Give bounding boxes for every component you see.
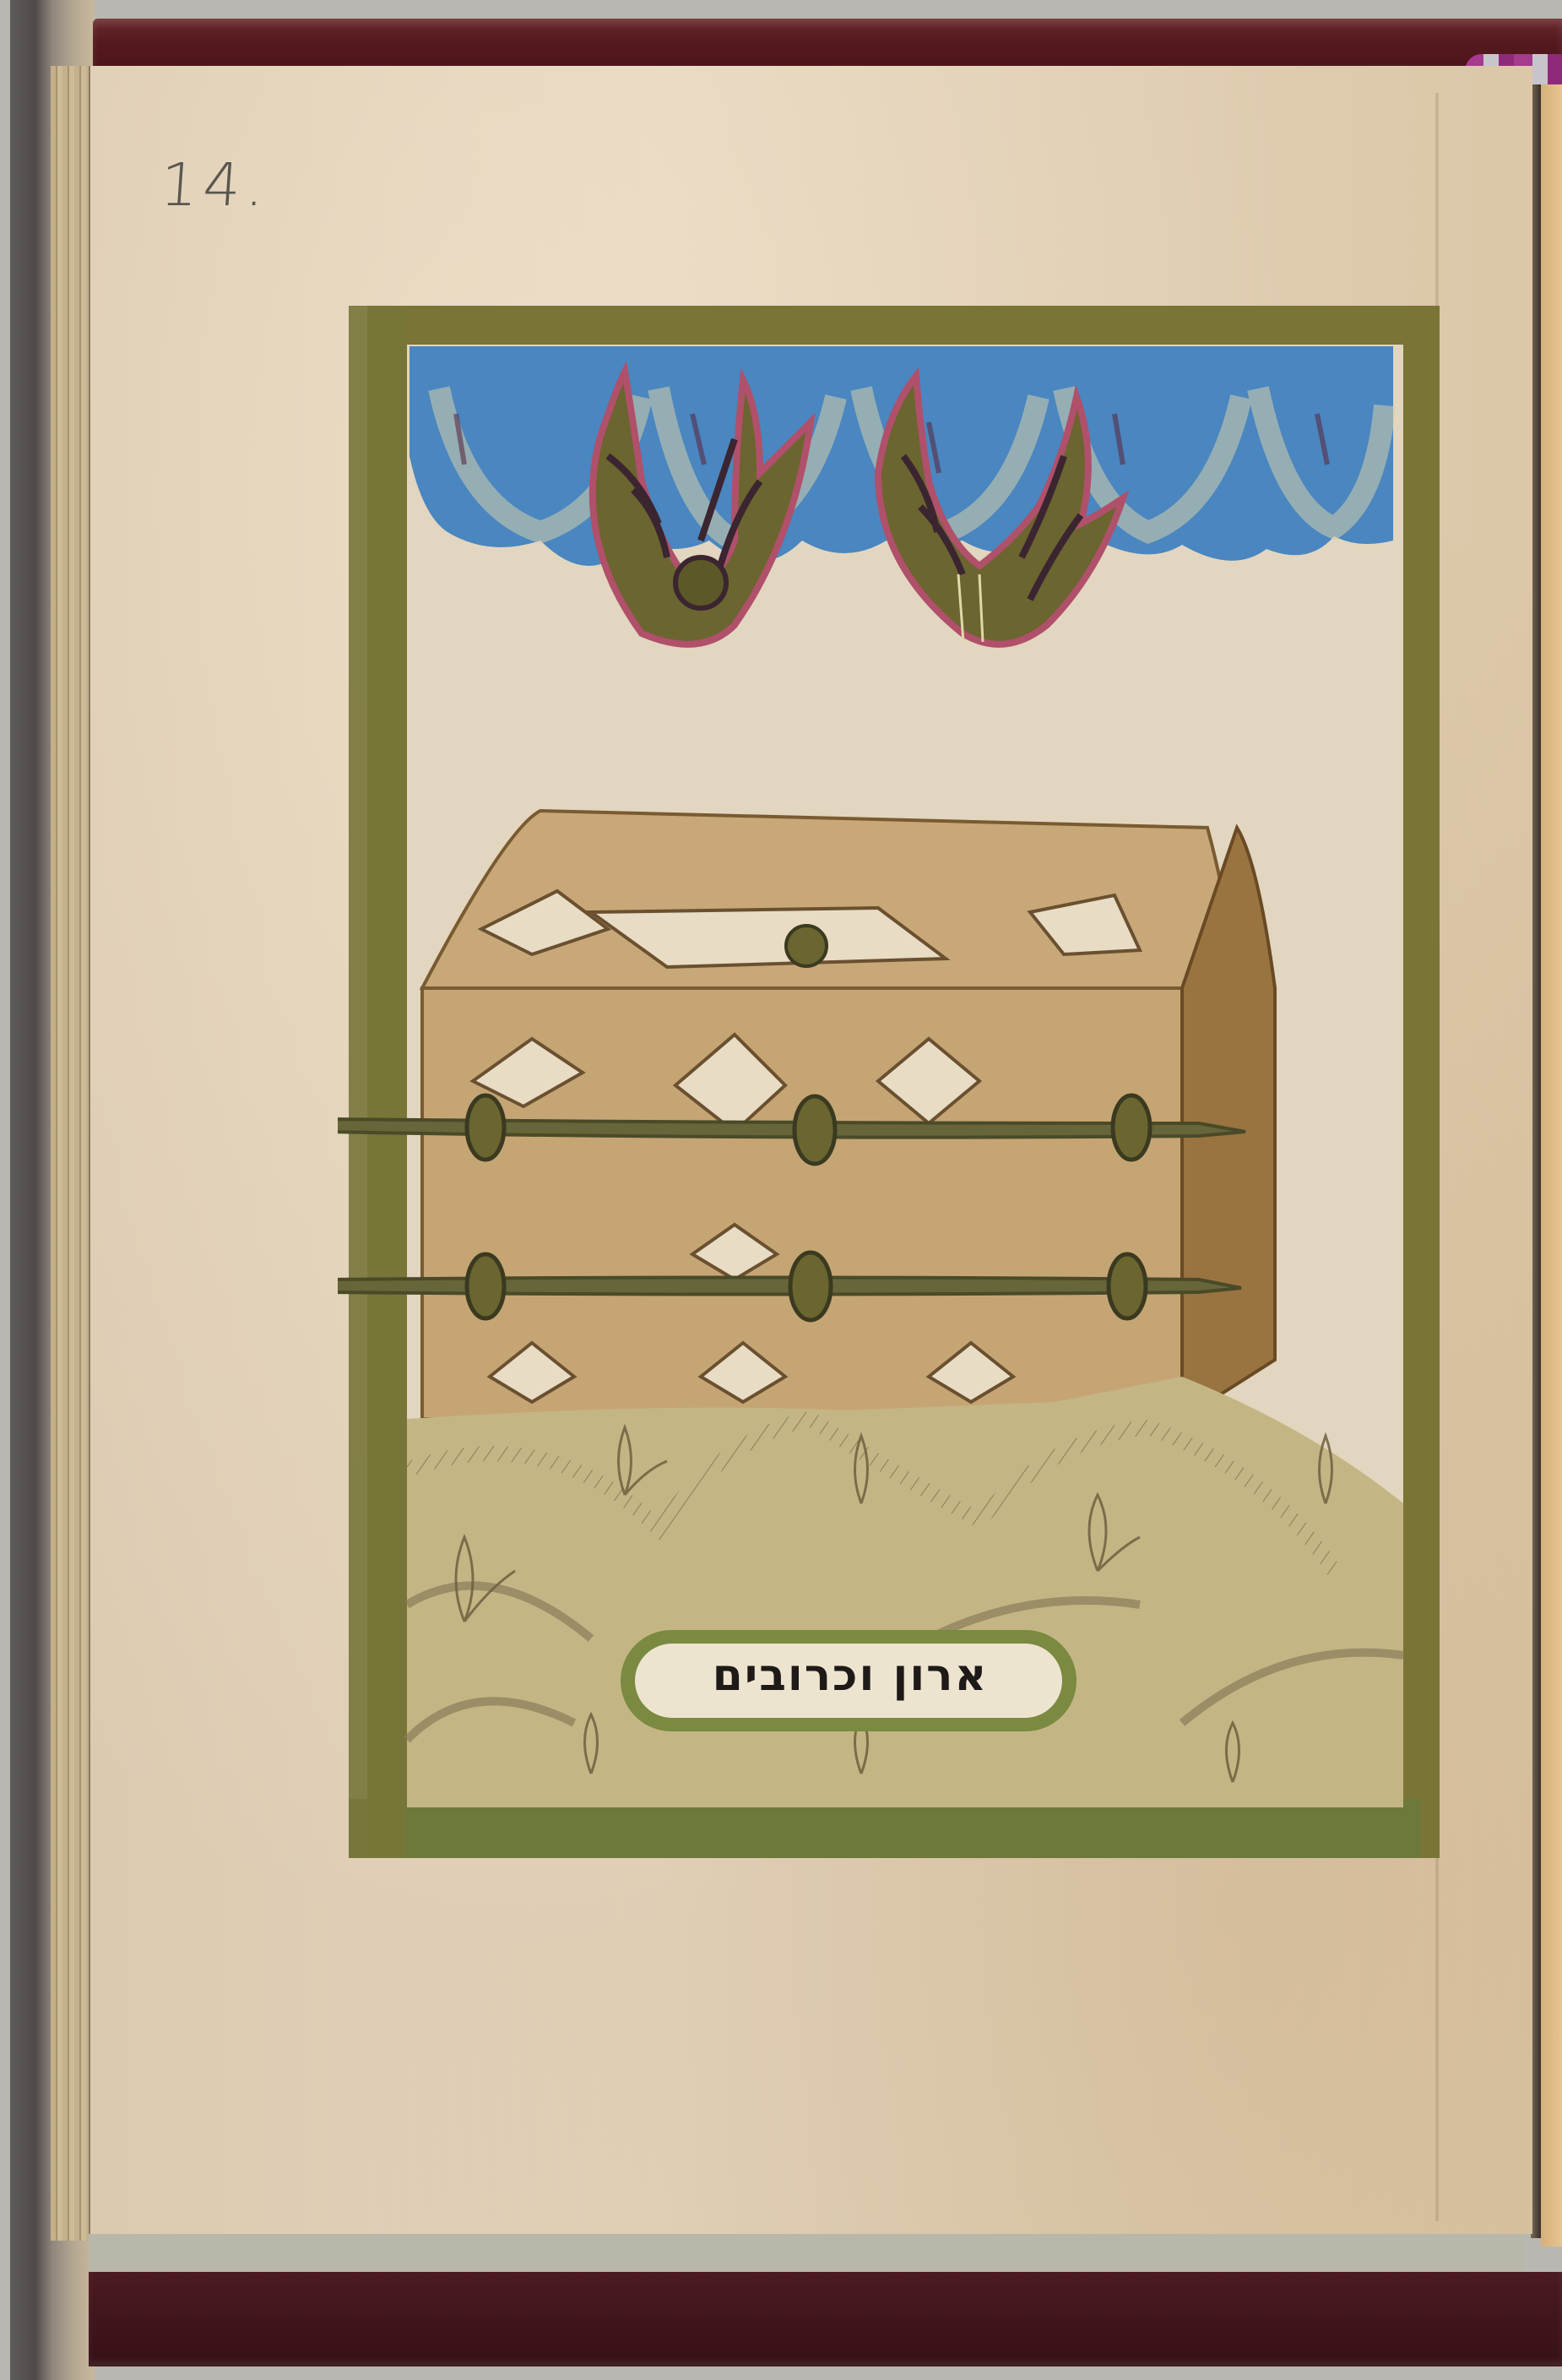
lid-rosette [786, 926, 827, 966]
page-stack-edges [51, 66, 91, 2241]
binding-leather-bottom [89, 2272, 1562, 2366]
hebrew-caption: ארון וכרובים [635, 1642, 1066, 1709]
next-page-edge [1541, 84, 1562, 2247]
folio-number: 14. [158, 150, 272, 220]
binding-leather-top [93, 19, 1562, 71]
binding-board-strip [89, 2234, 1524, 2272]
hills-landscape [407, 1377, 1403, 1807]
ark-and-cherubim-illustration [338, 287, 1469, 1875]
